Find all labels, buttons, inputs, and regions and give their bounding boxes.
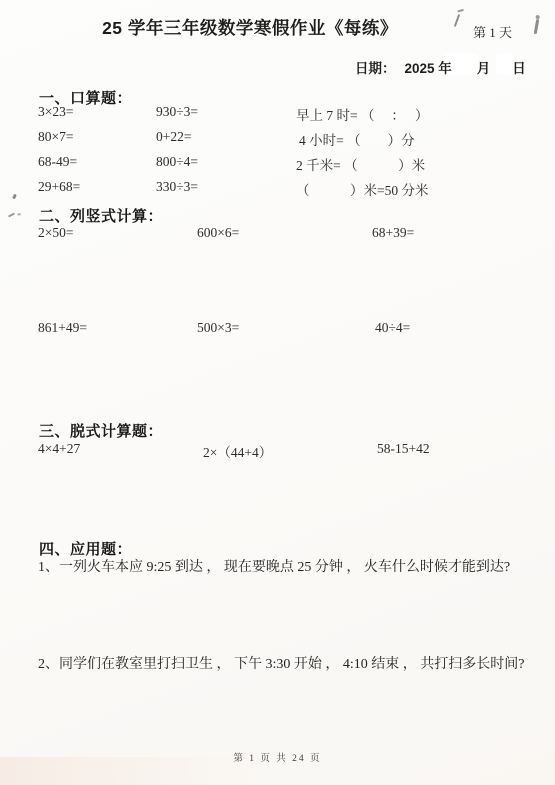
problem-cell: 2×（44+4） [203, 441, 272, 461]
problem-cell: 330÷3= [156, 179, 198, 195]
pen-mark-icon [8, 212, 15, 217]
problem-cell: 58-15+42 [377, 441, 430, 457]
date-label: 日期： [355, 61, 396, 76]
problem-cell: 4×4+27 [38, 441, 80, 457]
problem-cell: 930÷3= [156, 104, 198, 120]
problem-cell: 早上 7 时= （ ： ） [296, 104, 429, 124]
date-line: 日期：2025 年月日 [355, 57, 526, 77]
problem-cell: 500×3= [197, 320, 239, 336]
problem-cell: 80×7= [38, 129, 73, 145]
problem-cell: （ ）米=50 分米 [296, 179, 429, 199]
pen-mark-icon [12, 194, 17, 200]
date-month: 月 [477, 61, 491, 76]
word-problem: 1、一列火车本应 9:25 到达 ， 现在要晚点 25 分钟 ， 火车什么时候才… [38, 557, 546, 578]
word-problem: 2、同学们在教室里打扫卫生 ， 下午 3:30 开始 ， 4:10 结束 ， 共… [38, 654, 546, 675]
day-label: 第 1 天 [473, 22, 512, 41]
problem-cell: 800÷4= [156, 154, 198, 170]
date-day: 日 [512, 61, 526, 76]
date-year: 2025 年 [405, 61, 452, 76]
section-heading-word: 四、应用题： [39, 538, 132, 559]
section-heading-vertical: 二、列竖式计算： [39, 205, 163, 226]
problem-cell: 68+39= [372, 225, 414, 241]
problem-cell: 3×23= [38, 104, 73, 120]
problem-cell: 29+68= [38, 179, 80, 195]
problem-cell: 4 小时= （ ）分 [299, 129, 415, 149]
problem-cell: 0+22= [156, 129, 191, 145]
page-title: 25 学年三年级数学寒假作业《每练》 [0, 15, 500, 40]
problem-cell: 2×50= [38, 225, 73, 241]
problem-cell: 40÷4= [375, 320, 410, 336]
page-footer: 第 1 页 共 24 页 [0, 750, 555, 764]
problem-cell: 861+49= [38, 320, 87, 336]
problem-cell: 2 千米= （ ）米 [296, 154, 425, 174]
pen-mark-icon [534, 19, 539, 34]
worksheet-page: 25 学年三年级数学寒假作业《每练》 第 1 天 日期：2025 年月日 一、口… [0, 0, 555, 785]
problem-cell: 68-49= [38, 154, 77, 170]
section-heading-stepwise: 三、脱式计算题： [39, 420, 163, 441]
problem-cell: 600×6= [197, 225, 239, 241]
